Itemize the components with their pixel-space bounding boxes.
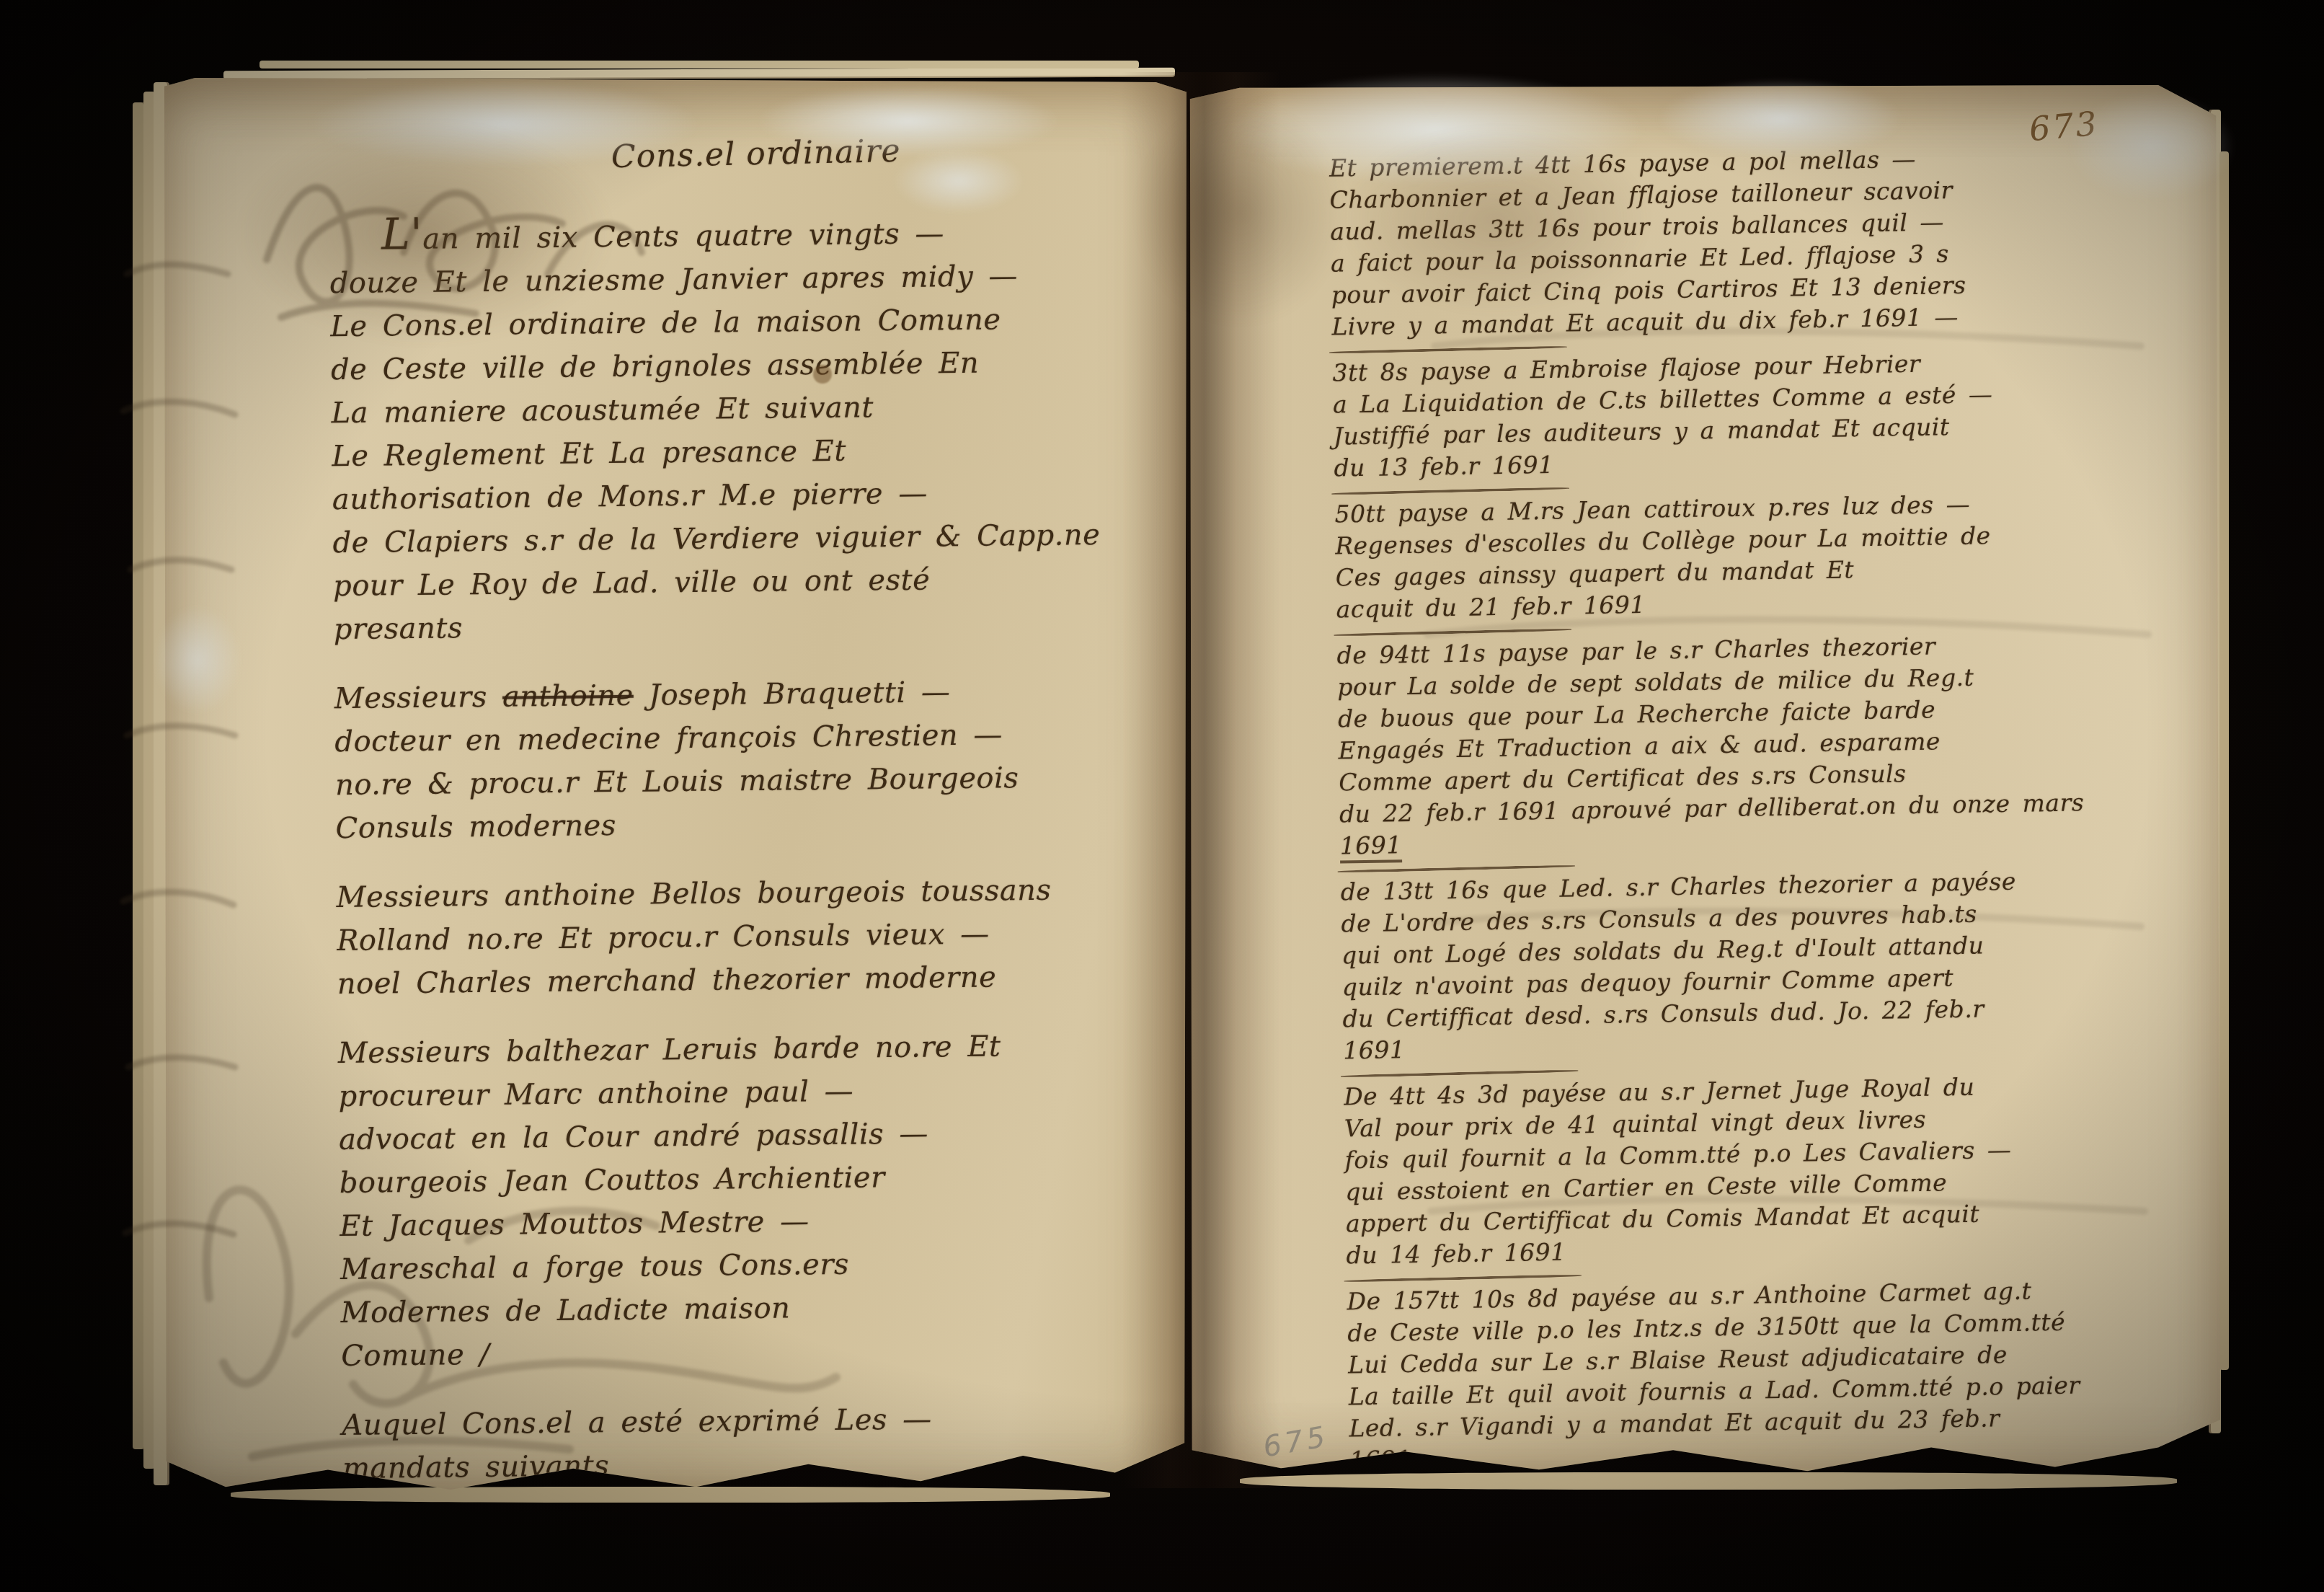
page-stack-edge	[260, 61, 1139, 68]
manuscript-line: Comune /	[341, 1326, 1185, 1378]
manuscript-photo: Cons.el ordinaire L'an mil six Cents qua…	[0, 0, 2324, 1592]
manuscript-line: L'an mil six Cents quatre vingts —	[329, 205, 1174, 262]
page-stack-edge	[231, 1487, 1110, 1503]
right-page: 673 Et premierem.t 4tt 16s payse a pol m…	[1188, 85, 2220, 1475]
left-page-heading: Cons.el ordinaire	[611, 136, 901, 173]
page-stack-edge	[223, 68, 1175, 81]
page-stack-edge	[1240, 1472, 2177, 1490]
right-page-text: Et premierem.t 4tt 16s payse a pol mella…	[1329, 139, 2226, 1477]
pencil-folio-number: 675	[1261, 1422, 1331, 1461]
left-page-text: L'an mil six Cents quatre vingts —douze …	[329, 205, 1186, 1490]
manuscript-line: Consuls modernes	[335, 798, 1179, 850]
struck-word: anthoine	[502, 679, 634, 714]
manuscript-line: presants	[333, 599, 1177, 651]
left-page: Cons.el ordinaire L'an mil six Cents qua…	[164, 78, 1187, 1492]
manuscript-line: mandats suivants	[342, 1438, 1187, 1490]
manuscript-line: noel Charles merchand thezorier moderne	[337, 954, 1181, 1006]
folio-number: 673	[2028, 107, 2100, 146]
page-stack-edge	[2219, 151, 2229, 1370]
